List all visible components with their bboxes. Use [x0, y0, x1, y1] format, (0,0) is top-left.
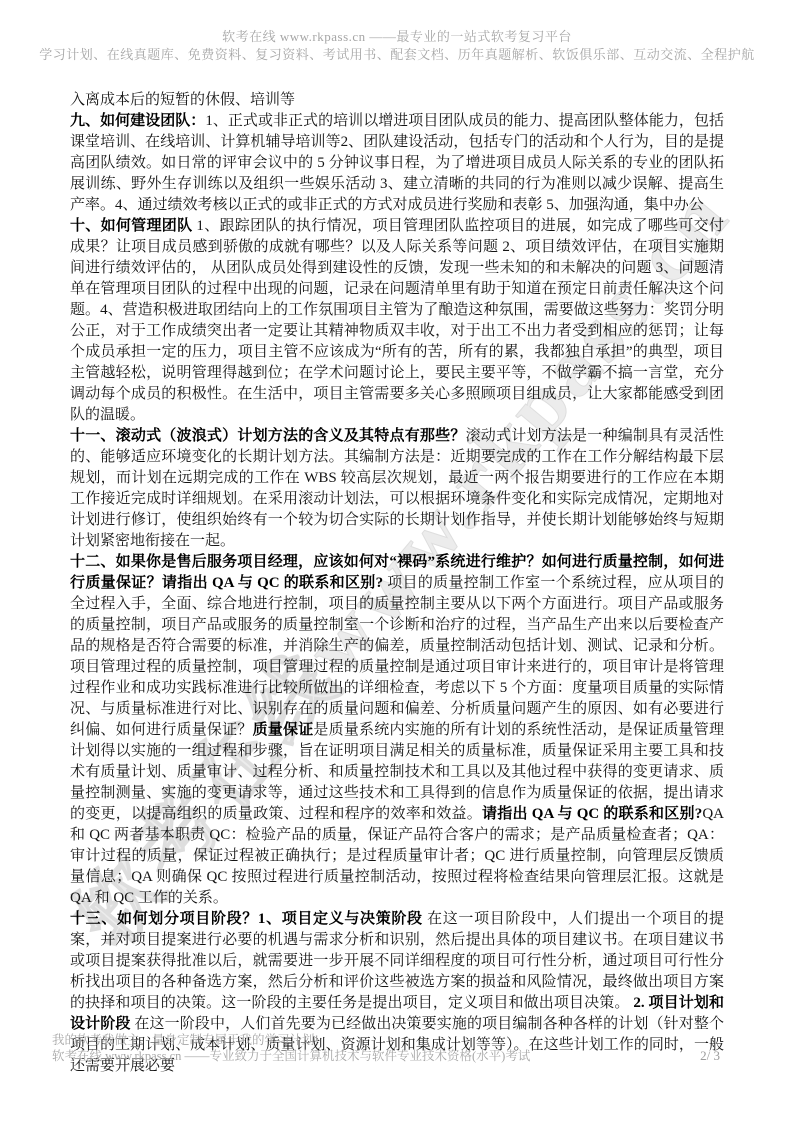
bold-run: 九、如何建设团队： — [70, 113, 205, 129]
header-site-title: 软考在线 www.rkpass.cn ——最专业的一站式软考复习平台 — [0, 28, 794, 46]
bold-run: 质量保证 — [253, 722, 314, 738]
paragraph: 十、如何管理团队 1、跟踪团队的执行情况，项目管理团队监控项目的进展，如完成了哪… — [70, 216, 724, 426]
bold-run: 十、如何管理团队 — [70, 218, 192, 234]
document-page: 软考在线www.rkpass.cn 软考在线 www.rkpass.cn ——最… — [0, 0, 794, 1123]
bold-run: 请指出 QA 与 QC 的联系和区别? — [482, 806, 702, 822]
text-run: 入离成本后的短暂的休假、培训等 — [70, 92, 295, 108]
header-services-line: 学习计划、在线真题库、免费资料、复习资料、考试用书、配套文档、历年真题解析、软饭… — [0, 46, 794, 64]
footer-site-line: 软考在线 www.rkpass.cn ——专业致力于全国计算机技术与软件专业技术… — [52, 1048, 530, 1064]
paragraph: 十一、滚动式（波浪式）计划方法的含义及其特点有那些？滚动式计划方法是一种编制具有… — [70, 426, 724, 552]
text-run: 1、跟踪团队的执行情况，项目管理团队监控项目的进展，如完成了哪些可交付成果？让项… — [70, 218, 724, 423]
document-body: 入离成本后的短暂的休假、培训等九、如何建设团队：1、正式或非正式的培训以增进项目… — [70, 90, 724, 1077]
page-header: 软考在线 www.rkpass.cn ——最专业的一站式软考复习平台 学习计划、… — [0, 28, 794, 64]
paragraph: 十二、如果你是售后服务项目经理，应该如何对“裸码”系统进行维护？如何进行质量控制… — [70, 552, 724, 909]
bold-run: 十三、如何划分项目阶段？1、项目定义与决策阶段 — [70, 911, 423, 927]
footer-slogan: 我的软考我做主、量身定制专属于我的学习计划! — [52, 1032, 720, 1048]
paragraph: 入离成本后的短暂的休假、培训等 — [70, 90, 724, 111]
bold-run: 十一、滚动式（波浪式）计划方法的含义及其特点有那些？ — [70, 428, 466, 444]
text-run: 项目的质量控制工作室一个系统过程，应从项目的全过程入手，全面、综合地进行控制，项… — [70, 575, 724, 738]
text-run: 滚动式计划方法是一种编制具有灵活性的、能够适应环境变化的长期计划方法。其编制方法… — [70, 428, 724, 549]
paragraph: 九、如何建设团队：1、正式或非正式的培训以增进项目团队成员的能力、提高团队整体能… — [70, 111, 724, 216]
page-number: 2/ 3 — [700, 1048, 720, 1064]
page-footer: 我的软考我做主、量身定制专属于我的学习计划! 软考在线 www.rkpass.c… — [52, 1032, 720, 1064]
